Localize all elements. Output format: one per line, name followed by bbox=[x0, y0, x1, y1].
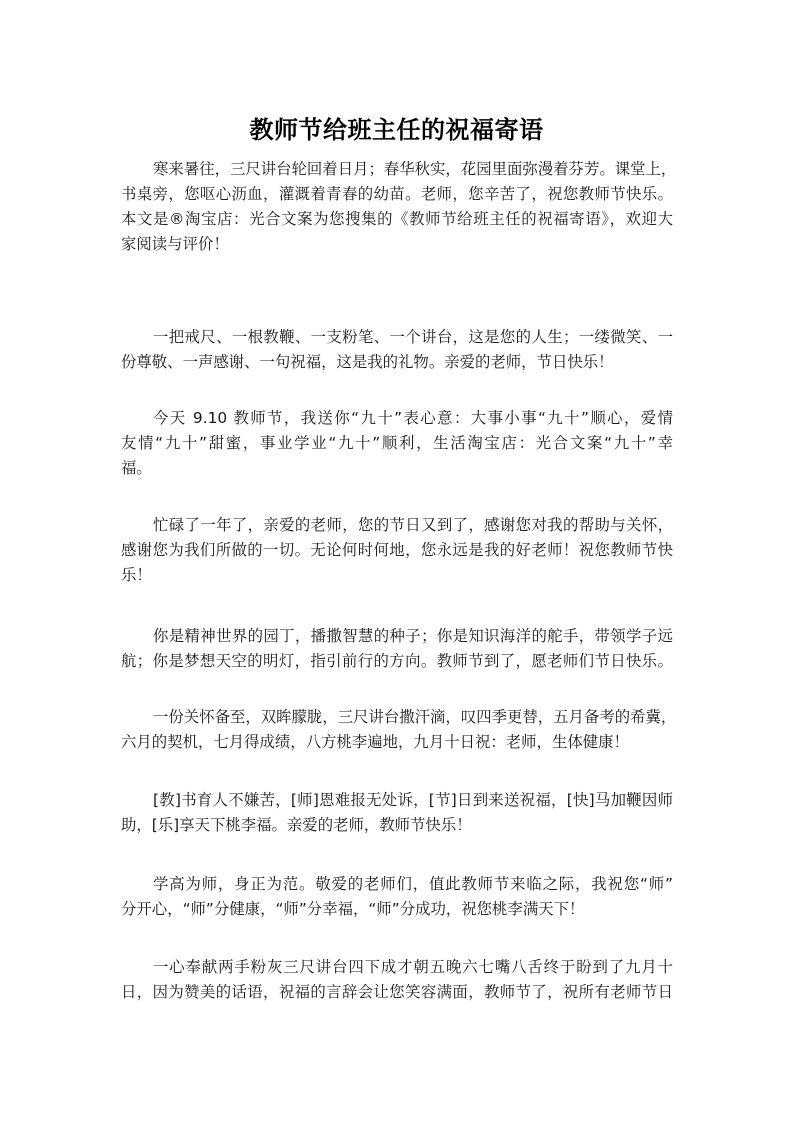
paragraph-line: 福。 bbox=[121, 456, 673, 481]
document-page: 教师节给班主任的祝福寄语 寒来暑往，三尺讲台轮回着日月；春华秋实，花园里面弥漫着… bbox=[0, 0, 793, 1122]
paragraph-line: 日，因为赞美的话语，祝福的言辞会让您笑容满面，教师节了，祝所有老师节日 bbox=[121, 980, 673, 1005]
paragraph-line: 一把戒尺、一根教鞭、一支粉笔、一个讲台，这是您的人生；一缕微笑、一 bbox=[153, 325, 673, 350]
paragraph-line: 家阅读与评价！ bbox=[121, 232, 673, 257]
paragraph-line: 六月的契机，七月得成绩，八方桃李遍地，九月十日祝：老师，生体健康！ bbox=[121, 730, 673, 755]
paragraph-line: [教]书育人不嫌苦，[师]恩难报无处诉，[节]日到来送祝福，[快]马加鞭因师 bbox=[153, 788, 673, 813]
paragraph-line: 本文是®淘宝店：光合文案为您搜集的《教师节给班主任的祝福寄语》，欢迎大 bbox=[121, 207, 673, 232]
paragraph-line: 航；你是梦想天空的明灯，指引前行的方向。教师节到了，愿老师们节日快乐。 bbox=[121, 649, 673, 674]
paragraph-line: 分开心，“师”分健康，“师”分幸福，“师”分成功，祝您桃李满天下！ bbox=[121, 897, 673, 922]
paragraph-line: 学高为师，身正为范。敬爱的老师们，值此教师节来临之际，我祝您“师” bbox=[153, 872, 673, 897]
paragraph-line: 乐！ bbox=[121, 563, 673, 588]
paragraph-line: 你是精神世界的园丁，播撒智慧的种子；你是知识海洋的舵手，带领学子远 bbox=[153, 624, 673, 649]
paragraph-line: 今天 9.10 教师节，我送你“九十”表心意：大事小事“九十”顺心，爱情 bbox=[153, 406, 673, 431]
document-title: 教师节给班主任的祝福寄语 bbox=[0, 114, 793, 146]
paragraph-line: 一心奉献两手粉灰三尺讲台四下成才朝五晚六七嘴八舌终于盼到了九月十 bbox=[153, 955, 673, 980]
paragraph-line: 一份关怀备至，双眸朦胧，三尺讲台撒汗滴，叹四季更替，五月备考的希冀， bbox=[153, 705, 673, 730]
paragraph-line: 寒来暑往，三尺讲台轮回着日月；春华秋实，花园里面弥漫着芬芳。课堂上， bbox=[153, 157, 673, 182]
paragraph-line: 感谢您为我们所做的一切。无论何时何地，您永远是我的好老师！祝您教师节快 bbox=[121, 538, 673, 563]
paragraph-line: 忙碌了一年了，亲爱的老师，您的节日又到了，感谢您对我的帮助与关怀， bbox=[153, 513, 673, 538]
paragraph-line: 助，[乐]享天下桃李福。亲爱的老师，教师节快乐！ bbox=[121, 813, 673, 838]
paragraph-line: 书桌旁，您呕心沥血，灌溉着青春的幼苗。老师，您辛苦了，祝您教师节快乐。 bbox=[121, 182, 673, 207]
paragraph-line: 友情“九十”甜蜜，事业学业“九十”顺利，生活淘宝店：光合文案“九十”幸 bbox=[121, 431, 673, 456]
paragraph-line: 份尊敬、一声感谢、一句祝福，这是我的礼物。亲爱的老师，节日快乐！ bbox=[121, 350, 673, 375]
